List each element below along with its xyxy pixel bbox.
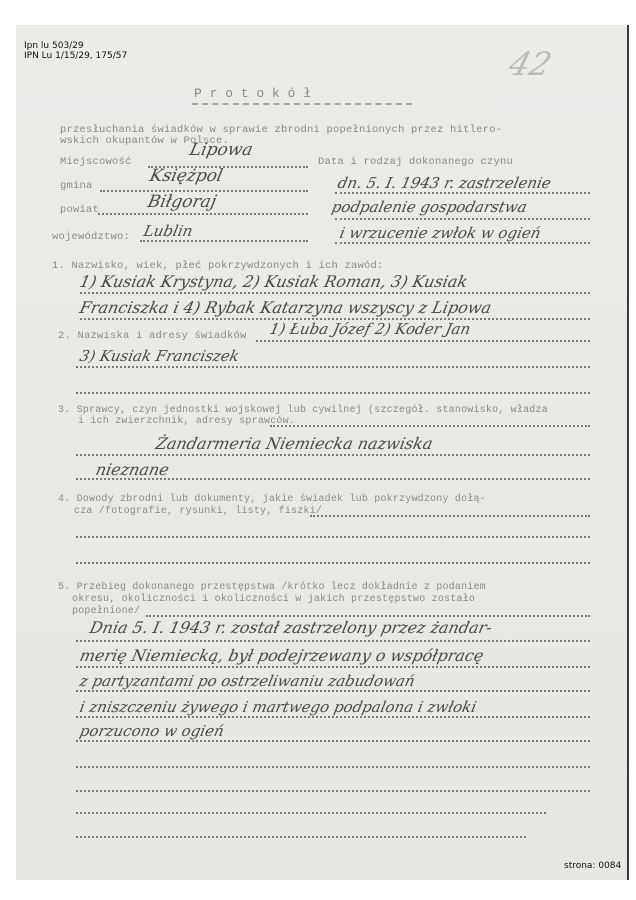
section5-dotted-line-6 [76,766,590,768]
page-number-footer: strona: 0084 [564,861,621,871]
section1-label: 1. Nazwisko, wiek, płeć pokrzywdzonych i… [52,260,384,272]
section5-line2: merię Niemiecką, był podejrzewany o wspó… [78,646,486,665]
commune-label: gmina [60,180,93,192]
section5-line5: porzucono w ogień [78,722,226,740]
section5-label-line2: okresu, okoliczności i okoliczności w ja… [72,594,475,605]
section5-dotted-line-4 [76,716,590,718]
section4-label-line2: cza /fotografie, rysunki, listy, fiszki/ [74,506,322,517]
date-block-label: Data i rodzaj dokonanego czynu [318,156,513,168]
voivodeship-dotted-line [140,240,308,242]
section3-line1: Żandarmeria Niemiecka nazwiska [154,434,435,453]
section2-line1-value: 1) Łuba Józef 2) Koder Jan [268,320,472,338]
section2-dotted-line-2 [76,366,590,368]
section1-dotted-line-1 [80,292,590,294]
section5-dotted-line-2 [76,666,590,668]
section4-dotted-line-2 [76,562,590,564]
commune-value: Księżpol [148,166,225,186]
section4-label-line1: 4. Dowody zbrodni lub dokumenty, jakie ś… [58,494,486,505]
section3-label-line2: i ich zwierzchnik, adresy sprawców. [78,416,295,427]
section2-line2: 3) Kusiak Franciszek [78,347,241,365]
section3-line2: nieznane [94,460,171,479]
section5-dotted-line-0 [146,615,590,617]
section5-dotted-line-8 [76,812,546,814]
district-value: Biłgoraj [146,192,218,212]
section3-label-line1: 3. Sprawcy, czyn jednostki wojskowej lub… [58,405,548,416]
title-underline [192,103,412,105]
section5-label-line1: 5. Przebieg dokonanego przestępstwa /kró… [58,582,486,593]
date-block-line2: podpalenie gospodarstwa [330,198,529,216]
locality-value: Lipowa [188,140,255,160]
voivodeship-label: województwo: [52,231,130,243]
district-label: powiat [60,204,99,216]
section5-dotted-line-7 [76,790,590,792]
date-dotted-line-3 [335,242,590,244]
section4-dotted-line-1 [76,536,590,538]
section3-dotted-line-0 [270,425,590,427]
archive-ref-line2: IPN Lu 1/15/29, 175/57 [24,51,127,61]
section2-dotted-line-3 [76,392,590,394]
document-title: P r o t o k ó ł [194,86,311,101]
section5-dotted-line-5 [76,740,590,742]
archive-ref-line1: Ipn lu 503/29 [24,41,127,51]
date-dotted-line-2 [335,218,590,220]
archive-reference: Ipn lu 503/29 IPN Lu 1/15/29, 175/57 [24,41,127,61]
section5-line3: z partyzantami po ostrzeliwaniu zabudowa… [78,672,417,690]
section5-line4: i zniszczeniu żywego i martwego podpalon… [78,698,478,716]
section4-dotted-line-0 [310,515,590,517]
voivodeship-value: Lublin [142,222,194,240]
section5-dotted-line-9 [76,836,526,838]
section5-line1: Dnia 5. I. 1943 r. został zastrzelony pr… [88,618,494,637]
section3-dotted-line-1 [76,454,590,456]
section2-dotted-line-1 [256,340,590,342]
district-dotted-line [98,213,308,215]
section2-label: 2. Nazwiska i adresy świadków [58,330,247,342]
locality-label: Miejscowość [60,156,132,168]
section1-line2: Franciszka i 4) Rybak Katarzyna wszyscy … [78,298,493,317]
date-block-line1: dn. 5. I. 1943 r. zastrzelenie [336,174,553,192]
section5-label-line3: popełnione/ [72,606,140,617]
section5-dotted-line-3 [76,690,590,692]
section1-line1: 1) Kusiak Krystyna, 2) Kusiak Roman, 3) … [78,272,469,291]
section5-dotted-line-1 [76,640,590,642]
date-block-line3: i wrzucenie zwłok w ogień [338,224,542,242]
date-dotted-line-1 [335,192,590,194]
